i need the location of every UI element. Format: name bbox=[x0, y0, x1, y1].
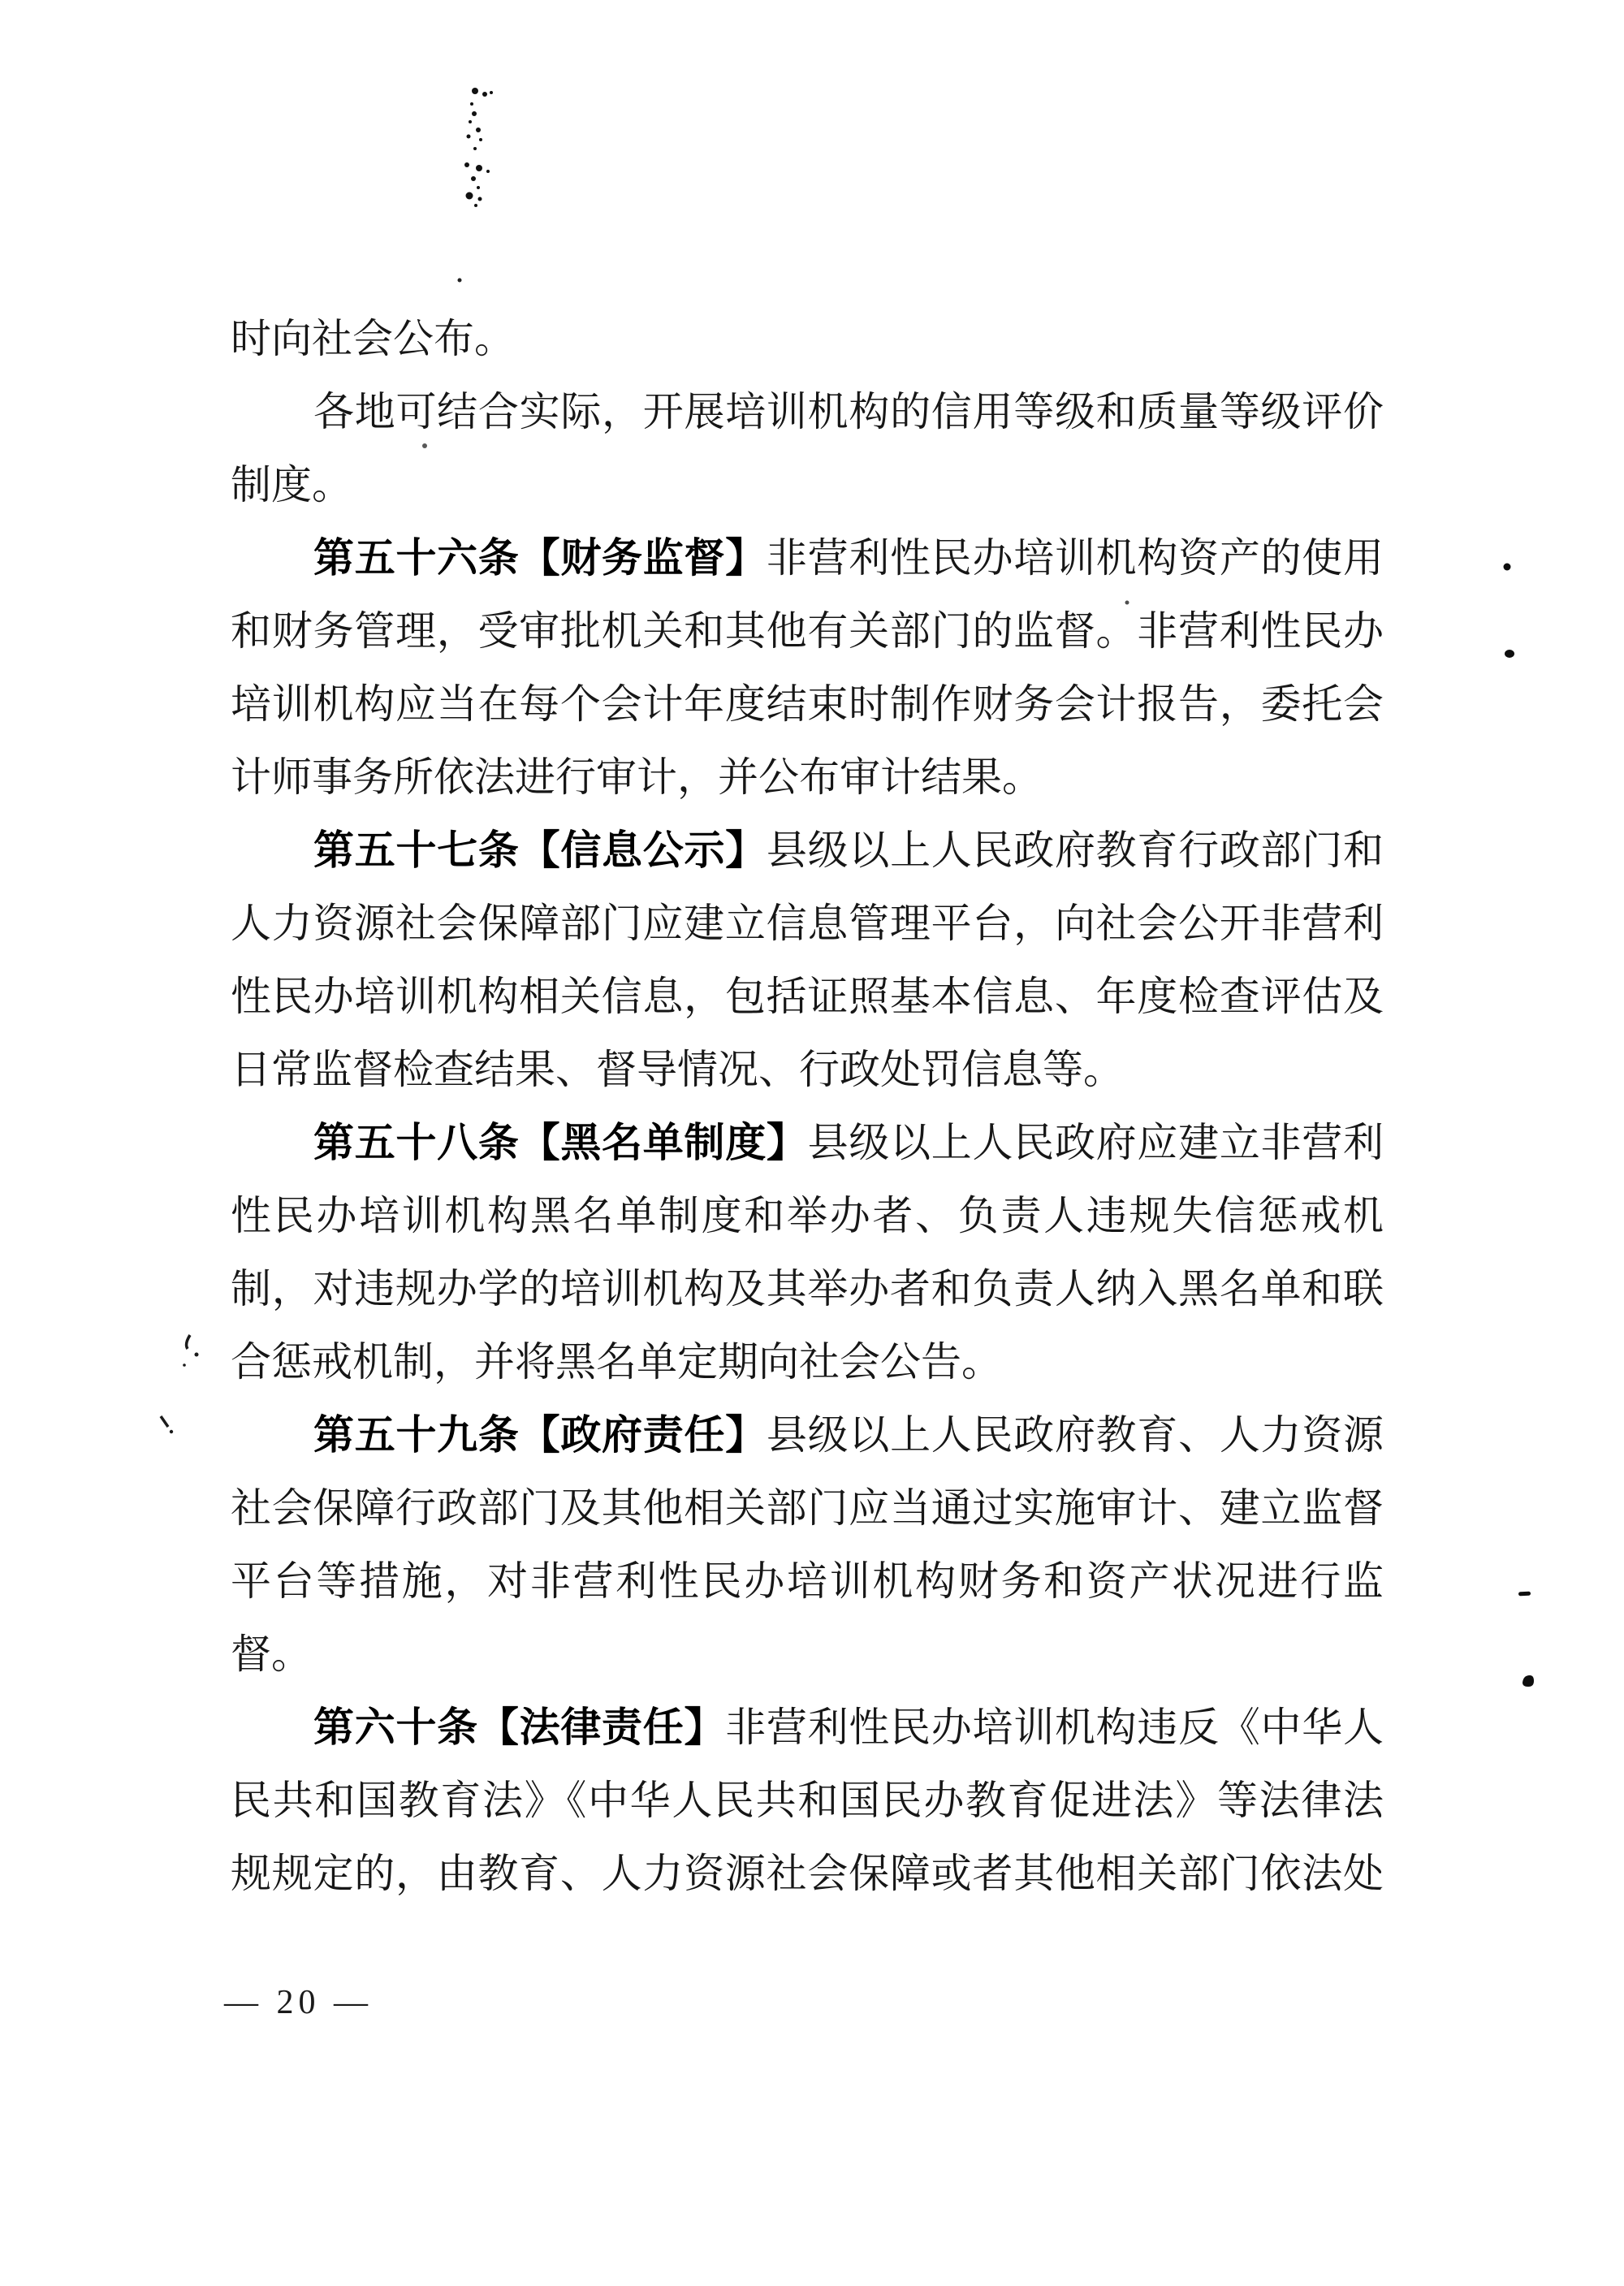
text-line: 第五十九条【政府责任】县级以上人民政府教育、人力资源 bbox=[231, 1398, 1384, 1471]
text-line: 性民办培训机构相关信息，包括证照基本信息、年度检查评估及 bbox=[231, 960, 1384, 1033]
article-59-heading: 第五十九条【政府责任】 bbox=[313, 1411, 767, 1458]
text-line: 第五十六条【财务监督】非营利性民办培训机构资产的使用 bbox=[231, 521, 1384, 594]
line-text: 县级以上人民政府教育、人力资源 bbox=[767, 1412, 1384, 1458]
line-text: 计师事务所依法进行审计，并公布审计结果。 bbox=[231, 754, 1043, 800]
text-line: 时向社会公布。 bbox=[231, 302, 1384, 375]
text-line: 合惩戒机制，并将黑名单定期向社会公告。 bbox=[231, 1325, 1384, 1398]
text-line: 各地可结合实际，开展培训机构的信用等级和质量等级评价 bbox=[231, 375, 1384, 448]
text-line: 民共和国教育法》《中华人民共和国民办教育促进法》等法律法 bbox=[231, 1764, 1384, 1837]
line-text: 社会保障行政部门及其他相关部门应当通过实施审计、建立监督 bbox=[231, 1485, 1384, 1531]
article-56-heading: 第五十六条【财务监督】 bbox=[313, 534, 767, 581]
line-text: 非营利性民办培训机构违反《中华人 bbox=[725, 1705, 1384, 1750]
text-line: 第五十八条【黑名单制度】县级以上人民政府应建立非营利 bbox=[231, 1106, 1384, 1179]
text-line: 制度。 bbox=[231, 448, 1384, 521]
text-line: 督。 bbox=[231, 1618, 1384, 1691]
line-text: 非营利性民办培训机构资产的使用 bbox=[767, 535, 1384, 581]
line-text: 和财务管理，受审批机关和其他有关部门的监督。非营利性民办 bbox=[231, 608, 1384, 654]
line-text: 县级以上人民政府应建立非营利 bbox=[808, 1120, 1384, 1165]
line-text: 性民办培训机构黑名单制度和举办者、负责人违规失信惩戒机 bbox=[231, 1193, 1384, 1238]
line-text: 合惩戒机制，并将黑名单定期向社会公告。 bbox=[231, 1339, 1002, 1385]
article-60-heading: 第六十条【法律责任】 bbox=[313, 1704, 725, 1751]
ink-smudge-artifact bbox=[464, 88, 493, 207]
text-line: 计师事务所依法进行审计，并公布审计结果。 bbox=[231, 741, 1384, 814]
line-text: 平台等措施，对非营利性民办培训机构财务和资产状况进行监 bbox=[231, 1558, 1384, 1604]
text-line: 日常监督检查结果、督导情况、行政处罚信息等。 bbox=[231, 1033, 1384, 1106]
left-margin-mark-artifacts bbox=[161, 1335, 199, 1433]
text-line: 培训机构应当在每个会计年度结束时制作财务会计报告，委托会 bbox=[231, 668, 1384, 741]
line-text: 督。 bbox=[231, 1631, 312, 1677]
article-57-heading: 第五十七条【信息公示】 bbox=[313, 827, 767, 874]
line-text: 规规定的，由教育、人力资源社会保障或者其他相关部门依法处 bbox=[231, 1851, 1384, 1896]
text-line: 第五十七条【信息公示】县级以上人民政府教育行政部门和 bbox=[231, 814, 1384, 887]
line-text: 人力资源社会保障部门应建立信息管理平台，向社会公开非营利 bbox=[231, 901, 1384, 946]
line-text: 县级以上人民政府教育行政部门和 bbox=[767, 828, 1384, 873]
line-text: 培训机构应当在每个会计年度结束时制作财务会计报告，委托会 bbox=[231, 681, 1384, 727]
page-number: — 20 — bbox=[224, 1978, 387, 2027]
line-text: 性民办培训机构相关信息，包括证照基本信息、年度检查评估及 bbox=[231, 974, 1384, 1019]
right-margin-dot-artifacts bbox=[1504, 564, 1535, 1687]
document-text-block: 时向社会公布。 各地可结合实际，开展培训机构的信用等级和质量等级评价 制度。 第… bbox=[231, 302, 1384, 1910]
line-text: 制度。 bbox=[231, 462, 352, 508]
line-text: 日常监督检查结果、督导情况、行政处罚信息等。 bbox=[231, 1047, 1124, 1092]
line-text: 时向社会公布。 bbox=[231, 316, 515, 361]
text-line: 性民办培训机构黑名单制度和举办者、负责人违规失信惩戒机 bbox=[231, 1179, 1384, 1252]
text-line: 社会保障行政部门及其他相关部门应当通过实施审计、建立监督 bbox=[231, 1471, 1384, 1545]
text-line: 规规定的，由教育、人力资源社会保障或者其他相关部门依法处 bbox=[231, 1837, 1384, 1910]
scanned-document-page: 时向社会公布。 各地可结合实际，开展培训机构的信用等级和质量等级评价 制度。 第… bbox=[0, 0, 1624, 2286]
text-line: 和财务管理，受审批机关和其他有关部门的监督。非营利性民办 bbox=[231, 594, 1384, 668]
text-line: 制，对违规办学的培训机构及其举办者和负责人纳入黑名单和联 bbox=[231, 1252, 1384, 1325]
line-text: 民共和国教育法》《中华人民共和国民办教育促进法》等法律法 bbox=[231, 1778, 1384, 1823]
line-text: 制，对违规办学的培训机构及其举办者和负责人纳入黑名单和联 bbox=[231, 1266, 1384, 1312]
line-text: 各地可结合实际，开展培训机构的信用等级和质量等级评价 bbox=[313, 389, 1384, 434]
text-line: 第六十条【法律责任】非营利性民办培训机构违反《中华人 bbox=[231, 1691, 1384, 1764]
text-line: 人力资源社会保障部门应建立信息管理平台，向社会公开非营利 bbox=[231, 887, 1384, 960]
text-line: 平台等措施，对非营利性民办培训机构财务和资产状况进行监 bbox=[231, 1545, 1384, 1618]
article-58-heading: 第五十八条【黑名单制度】 bbox=[313, 1119, 808, 1166]
